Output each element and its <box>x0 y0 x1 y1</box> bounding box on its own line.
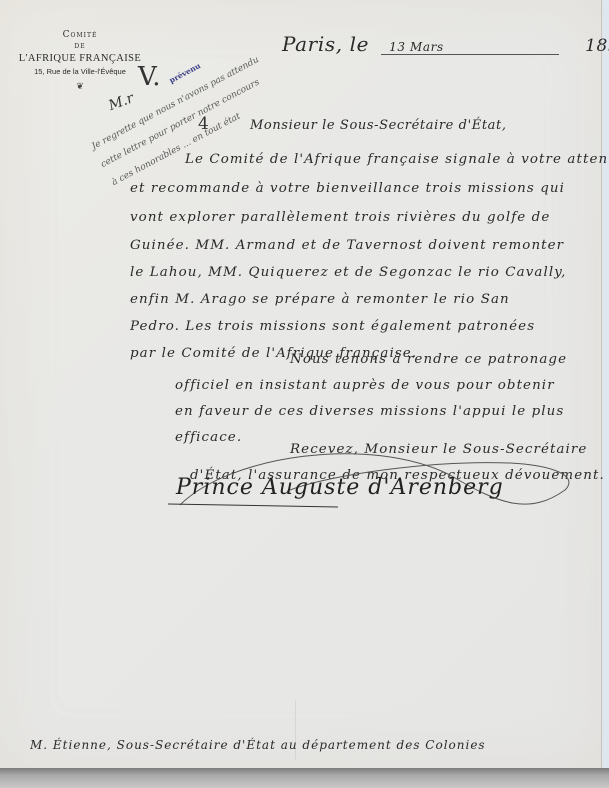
annotation-stamp: prévenu <box>168 61 202 85</box>
dateline-city: Paris, le <box>282 32 369 56</box>
body-line: vont explorer parallèlement trois rivièr… <box>130 210 550 225</box>
letterhead-comite: Comité <box>0 30 160 40</box>
body-line: Guinée. MM. Armand et de Tavernost doive… <box>130 238 564 253</box>
letterhead-address: 15, Rue de la Ville-l'Évêque <box>0 67 160 76</box>
dateline: Paris, le 13 Mars 1891 <box>282 32 609 56</box>
body-line: enfin M. Arago se prépare à remonter le … <box>130 292 510 307</box>
body-line: et recommande à votre bienveillance troi… <box>130 181 565 196</box>
body-line: Nous tenons à rendre ce patronage <box>290 352 567 367</box>
body-line: Le Comité de l'Afrique française signale… <box>185 152 609 167</box>
scanner-background <box>0 768 609 788</box>
letterhead: Comité DE L'AFRIQUE FRANÇAISE 15, Rue de… <box>0 30 160 92</box>
letter-salutation: Monsieur le Sous-Secrétaire d'État, <box>250 118 507 133</box>
body-line: Pedro. Les trois missions sont également… <box>130 319 535 334</box>
annotation-mr: M.r <box>107 90 136 114</box>
annotation-fold-mark: 4 <box>198 114 209 134</box>
annotation-initial: V. <box>138 62 161 92</box>
dateline-year: 1891 <box>585 36 609 56</box>
body-line: officiel en insistant auprès de vous pou… <box>175 378 555 393</box>
ornament-icon: ❦ <box>0 82 160 92</box>
body-line: en faveur de ces diverses missions l'app… <box>175 404 564 419</box>
letter-page: Comité DE L'AFRIQUE FRANÇAISE 15, Rue de… <box>0 0 602 768</box>
letterhead-de: DE <box>0 43 160 50</box>
letterhead-organization: L'AFRIQUE FRANÇAISE <box>0 53 160 64</box>
body-line: le Lahou, MM. Quiquerez et de Segonzac l… <box>130 265 566 280</box>
signature: Prince Auguste d'Arenberg <box>176 475 504 500</box>
addressee-line: M. Étienne, Sous-Secrétaire d'État au dé… <box>30 738 486 752</box>
dateline-day-month: 13 Mars <box>381 40 559 55</box>
